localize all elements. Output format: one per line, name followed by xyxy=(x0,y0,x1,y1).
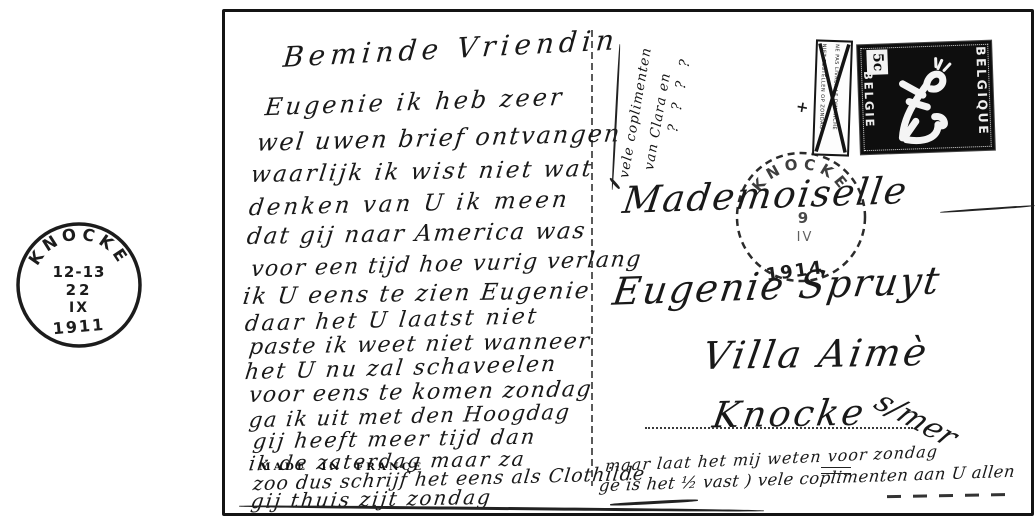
message-line: dat gij naar America was xyxy=(245,218,588,250)
postmark-month: IV xyxy=(797,230,814,245)
postmark-month: IX xyxy=(69,300,89,316)
pen-cross-mark: + xyxy=(795,97,811,117)
sunday-delivery-label: NIET BESTELLEN OP ZONDAG NE PAS LIVRER L… xyxy=(812,39,853,156)
address-town: Knocke xyxy=(710,393,870,437)
address-name: Eugenie Spruyt xyxy=(610,258,944,314)
lion-rampant-icon xyxy=(877,50,968,147)
address-villa: Villa Aimè xyxy=(700,330,933,378)
message-line: Eugenie ik heb zeer xyxy=(264,83,566,122)
message-line: waarlijk ik wist niet wat xyxy=(249,156,595,188)
message-line: voor een tijd hoe vurig verlang xyxy=(250,247,644,282)
message-line: denken van U ik meen xyxy=(248,187,572,221)
stamp-country-fr: BELGIQUE xyxy=(973,46,991,137)
postmark-time: 12-13 xyxy=(53,263,106,281)
message-line: Beminde Vriendin xyxy=(282,23,621,74)
postcard: Beminde Vriendin Eugenie ik heb zeer wel… xyxy=(222,9,1034,516)
address-dotted-rule xyxy=(645,427,913,429)
printer-imprint: MADE IN FRANCE xyxy=(259,461,424,473)
stamp-country-nl: BELGIE xyxy=(861,71,877,129)
postmark-year: 1911 xyxy=(52,315,106,339)
postmark-day: 22 xyxy=(66,281,93,299)
arrival-postmark: KNOCKE 12-13 22 IX 1911 xyxy=(9,215,149,355)
salutation-flourish xyxy=(940,205,1035,214)
postcard-scan: KNOCKE 12-13 22 IX 1911 Beminde Vriendin… xyxy=(0,0,1035,528)
clothilde-underline xyxy=(610,499,698,506)
trailing-dashes xyxy=(887,493,1017,498)
postage-stamp: 5c BELGIQUE BELGIE xyxy=(857,41,995,155)
message-line: wel uwen brief ontvangen xyxy=(255,119,623,157)
cross-out-x-icon xyxy=(814,41,851,154)
